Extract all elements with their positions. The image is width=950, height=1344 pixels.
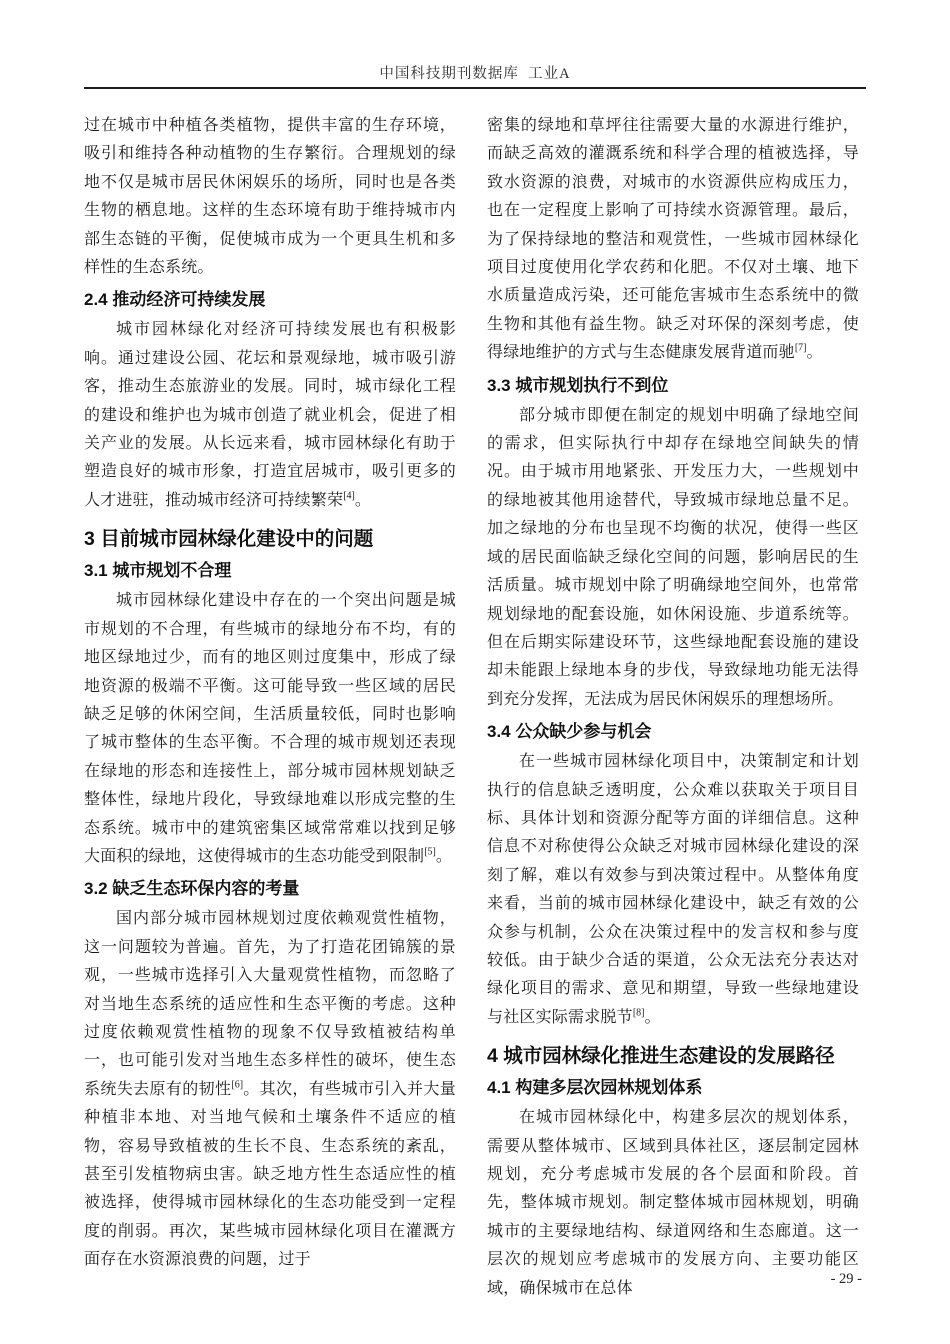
body-paragraph: 过在城市中种植各类植物，提供丰富的生存环境，吸引和维持各种动植物的生存繁衍。合理… [84,112,456,282]
subsection-heading: 4.1 构建多层次园林规划体系 [487,1076,859,1100]
section-heading: 3 目前城市园林绿化建设中的问题 [84,526,456,552]
citation-ref: [4] [343,491,355,502]
subsection-heading: 3.1 城市规划不合理 [84,559,456,583]
citation-ref: [5] [424,847,436,858]
citation-ref: [8] [633,1007,645,1018]
document-page: 中国科技期刊数据库 工业A 过在城市中种植各类植物，提供丰富的生存环境，吸引和维… [0,0,950,1344]
section-heading: 4 城市园林绿化推进生态建设的发展路径 [487,1043,859,1069]
body-paragraph: 城市园林绿化对经济可持续发展也有积极影响。通过建设公园、花坛和景观绿地，城市吸引… [84,316,456,515]
left-column: 过在城市中种植各类植物，提供丰富的生存环境，吸引和维持各种动植物的生存繁衍。合理… [84,112,456,1303]
page-number: - 29 - [84,1271,866,1288]
citation-ref: [6] [231,1079,243,1090]
header-rule [84,87,866,89]
subsection-heading: 3.4 公众缺少参与机会 [487,720,859,744]
journal-header: 中国科技期刊数据库 工业A [84,62,866,83]
body-paragraph: 部分城市即便在制定的规划中明确了绿地空间的需求，但实际执行中却存在绿地空间缺失的… [487,402,859,714]
article-body: 过在城市中种植各类植物，提供丰富的生存环境，吸引和维持各种动植物的生存繁衍。合理… [84,112,866,1303]
body-paragraph: 密集的绿地和草坪往往需要大量的水源进行维护，而缺乏高效的灌溉系统和科学合理的植被… [487,112,859,368]
body-paragraph: 国内部分城市园林规划过度依赖观赏性植物，这一问题较为普遍。首先，为了打造花团锦簇… [84,905,456,1274]
subsection-heading: 2.4 推动经济可持续发展 [84,288,456,312]
subsection-heading: 3.2 缺乏生态环保内容的考量 [84,877,456,901]
body-paragraph: 在一些城市园林绿化项目中，决策制定和计划执行的信息缺乏透明度，公众难以获取关于项… [487,748,859,1032]
citation-ref: [7] [795,343,807,354]
right-column: 密集的绿地和草坪往往需要大量的水源进行维护，而缺乏高效的灌溉系统和科学合理的植被… [487,112,859,1303]
body-paragraph: 城市园林绿化建设中存在的一个突出问题是城市规划的不合理，有些城市的绿地分布不均，… [84,587,456,871]
subsection-heading: 3.3 城市规划执行不到位 [487,374,859,398]
